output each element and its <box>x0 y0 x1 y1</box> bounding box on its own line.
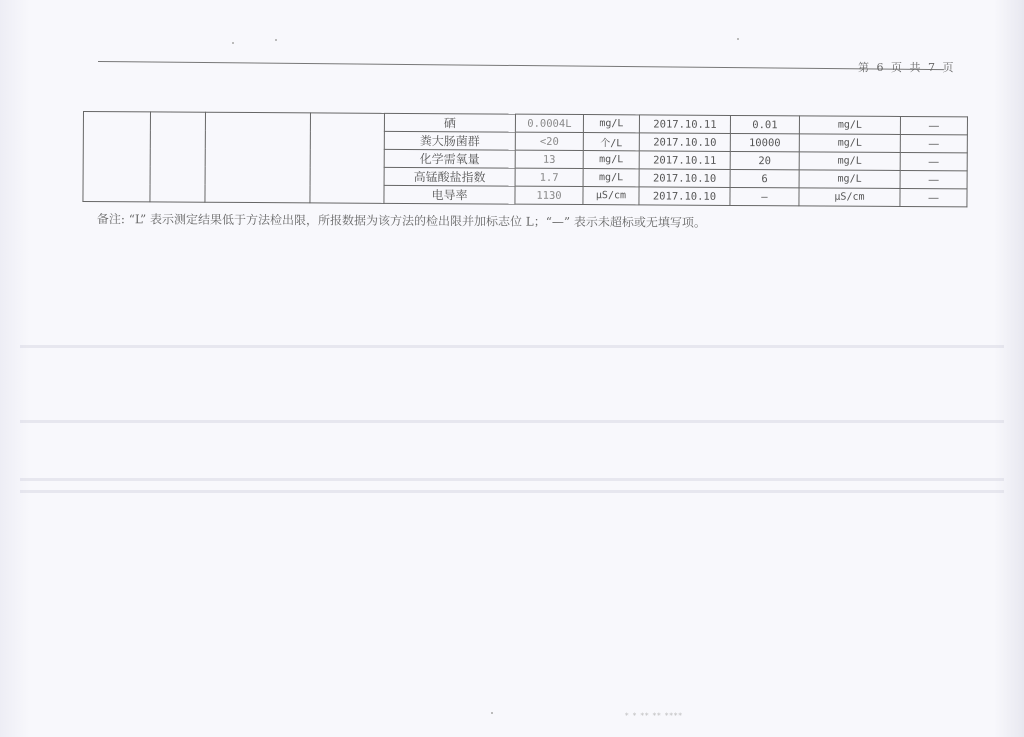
limit-unit-cell: mg/L <box>799 170 900 189</box>
scan-speck <box>275 39 277 41</box>
bleed-through-line <box>20 478 1004 481</box>
limit-unit-cell: μS/cm <box>799 188 900 207</box>
merged-blank-cell <box>310 113 385 203</box>
unit-cell: μS/cm <box>583 187 639 205</box>
item-cell: 硒 <box>384 113 515 132</box>
item-cell: 高锰酸盐指数 <box>384 167 515 186</box>
results-table: 硒0.0004Lmg/L2017.10.110.01mg/L—粪大肠菌群<20个… <box>82 111 968 207</box>
date-cell: 2017.10.11 <box>639 151 730 170</box>
result-cell: 1.7 <box>515 168 583 186</box>
result-cell: 13 <box>515 150 583 168</box>
date-cell: 2017.10.10 <box>639 187 730 206</box>
bleed-through-line <box>20 345 1004 348</box>
date-cell: 2017.10.10 <box>639 169 730 188</box>
unit-cell: mg/L <box>583 115 639 133</box>
limit-unit-cell: mg/L <box>799 134 900 153</box>
judgement-cell: — <box>900 188 967 206</box>
unit-cell: 个/L <box>583 133 639 151</box>
limit-cell: 0.01 <box>730 115 799 133</box>
judgement-cell: — <box>900 134 967 152</box>
judgement-cell: — <box>900 152 967 170</box>
judgement-cell: — <box>900 170 967 188</box>
limit-unit-cell: mg/L <box>799 152 900 171</box>
item-cell: 化学需氧量 <box>384 149 515 168</box>
result-cell: 1130 <box>515 186 583 204</box>
judgement-cell: — <box>900 116 967 134</box>
item-cell: 粪大肠菌群 <box>384 131 515 150</box>
limit-cell: 10000 <box>730 133 799 151</box>
bleed-through-line <box>20 490 1004 493</box>
page-indicator: 第 6 页 共 7 页 <box>858 59 955 75</box>
scan-speck <box>232 42 234 44</box>
date-cell: 2017.10.10 <box>639 133 730 152</box>
unit-cell: mg/L <box>583 151 639 169</box>
result-cell: <20 <box>515 132 583 150</box>
limit-cell: — <box>730 187 799 205</box>
merged-blank-cell <box>150 112 206 202</box>
limit-cell: 6 <box>730 169 799 187</box>
merged-blank-cell <box>83 112 151 202</box>
scan-footer-mark: * * ** ** **** <box>625 712 683 720</box>
scan-speck <box>491 712 493 714</box>
result-cell: 0.0004L <box>515 114 583 132</box>
bleed-through-line <box>20 420 1004 423</box>
merged-blank-cell <box>205 112 311 203</box>
scan-speck <box>737 38 739 40</box>
limit-cell: 20 <box>730 151 799 169</box>
date-cell: 2017.10.11 <box>639 115 730 134</box>
item-cell: 电导率 <box>384 185 515 204</box>
limit-unit-cell: mg/L <box>799 116 900 135</box>
unit-cell: mg/L <box>583 169 639 187</box>
